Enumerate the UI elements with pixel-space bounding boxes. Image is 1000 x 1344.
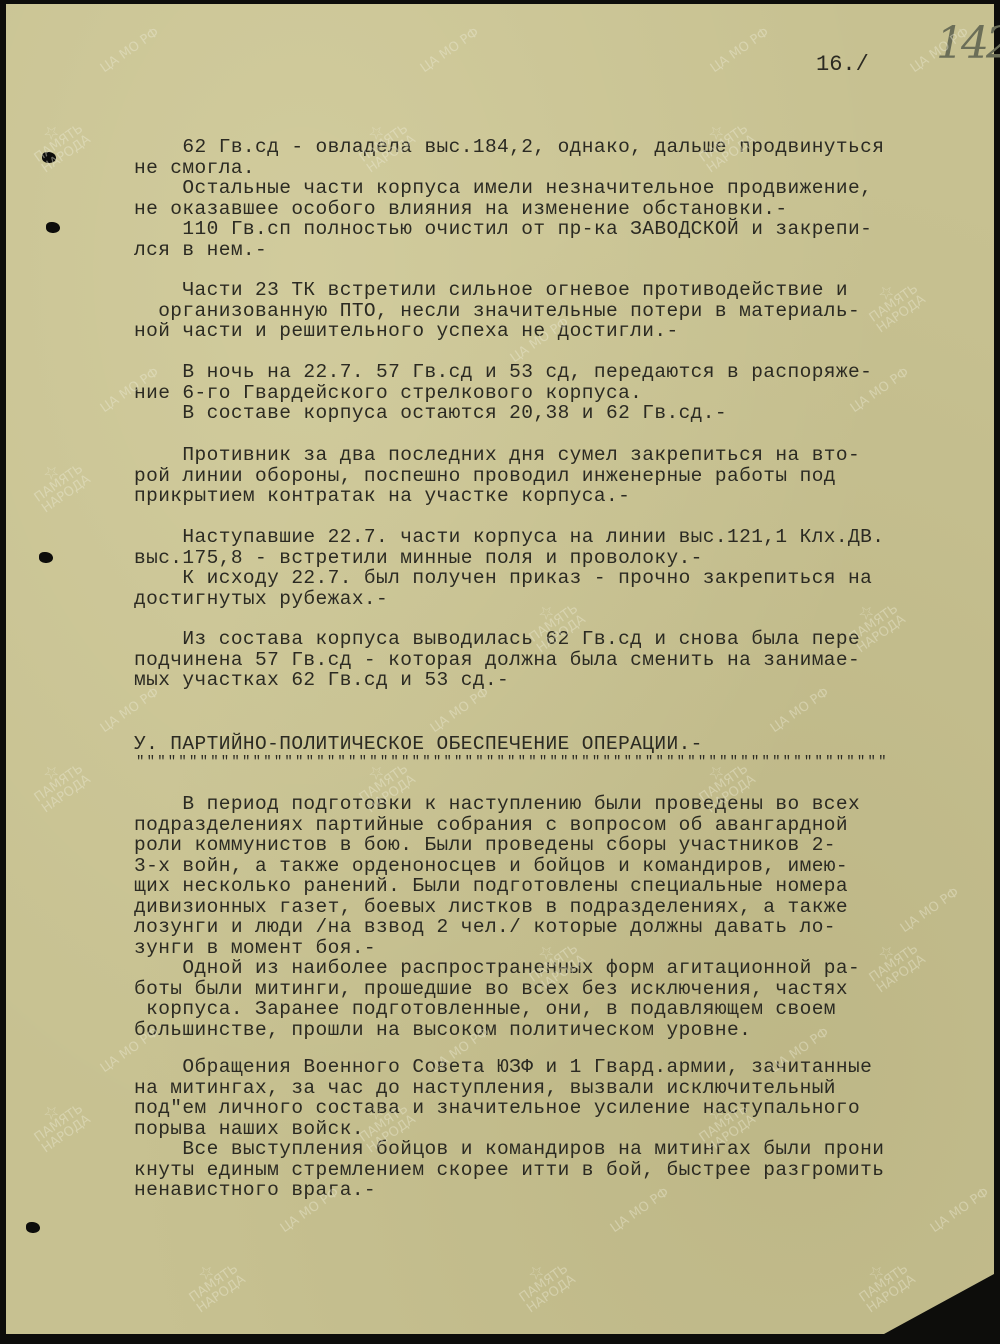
text-line: дивизионных газет, боевых листков в подр… [134, 897, 848, 918]
binding-hole [42, 152, 56, 163]
text-line: 62 Гв.сд - овладела выс.184,2, однако, д… [134, 137, 884, 158]
archive-watermark: ЦА МО РФ [418, 26, 481, 75]
watermark-line: НАРОДА [195, 1273, 248, 1316]
watermark-line: ПАМЯТЬ [867, 282, 920, 325]
text-line: подчинена 57 Гв.сд - которая должна была… [134, 650, 860, 671]
text-line: боты были митинги, прошедшие во всех без… [134, 979, 848, 1000]
star-icon: ☆ [180, 1252, 233, 1295]
text-line: на митингах, за час до наступления, вызв… [134, 1078, 836, 1099]
archive-watermark: ЦА МО РФ [928, 1186, 991, 1235]
text-line: ние 6-го Гвардейского стрелкового корпус… [134, 383, 642, 404]
text-line: В период подготовки к наступлению были п… [134, 794, 860, 815]
page-number: 16./ [816, 52, 869, 77]
text-line: достигнутых рубежах.- [134, 589, 388, 610]
archive-watermark: ЦА МО РФ [98, 686, 161, 735]
watermark-line: ПАМЯТЬ [32, 122, 85, 165]
archive-sheet-number: 142 [936, 18, 1000, 69]
text-line: Одной из наиболее распространенных форм … [134, 958, 860, 979]
archive-watermark: ЦА МО РФ [98, 26, 161, 75]
watermark-line: ПАМЯТЬ [32, 1102, 85, 1145]
text-line: порыва наших войск. [134, 1119, 364, 1140]
star-icon: ☆ [860, 932, 913, 975]
text-line: ной части и решительного успеха не дости… [134, 321, 679, 342]
star-icon: ☆ [25, 1092, 78, 1135]
watermark-line: ПАМЯТЬ [32, 462, 85, 505]
text-line: зунги в момент боя.- [134, 938, 376, 959]
text-line: роли коммунистов в бою. Были проведены с… [134, 835, 836, 856]
archive-watermark: ЦА МО РФ [898, 886, 961, 935]
text-line: Противник за два последних дня сумел зак… [134, 445, 860, 466]
text-line: 3-х войн, а также орденоносцев и бойцов … [134, 856, 848, 877]
text-line: Наступавшие 22.7. части корпуса на линии… [134, 527, 884, 548]
project-watermark: ☆ПАМЯТЬНАРОДА [860, 272, 928, 336]
watermark-line: ПАМЯТЬ [32, 762, 85, 805]
text-line: Обращения Военного Совета ЮЗФ и 1 Гвард.… [134, 1057, 872, 1078]
section-heading: У. ПАРТИЙНО-ПОЛИТИЧЕСКОЕ ОБЕСПЕЧЕНИЕ ОПЕ… [134, 734, 703, 755]
watermark-line: ПАМЯТЬ [187, 1262, 240, 1305]
archive-watermark: ЦА МО РФ [768, 686, 831, 735]
text-line: К исходу 22.7. был получен приказ - проч… [134, 568, 872, 589]
star-icon: ☆ [860, 272, 913, 315]
text-line: рой линии обороны, поспешно проводил инж… [134, 466, 836, 487]
star-icon: ☆ [25, 752, 78, 795]
text-line: прикрытием контратак на участке корпуса.… [134, 486, 630, 507]
star-icon: ☆ [25, 112, 78, 155]
text-line: 110 Гв.сп полностью очистил от пр-ка ЗАВ… [134, 219, 872, 240]
text-line: лся в нем.- [134, 240, 267, 261]
binding-hole [26, 1222, 40, 1233]
star-icon: ☆ [25, 452, 78, 495]
text-line: корпуса. Заранее подготовленные, они, в … [134, 999, 836, 1020]
text-line: большинстве, прошли на высоком политичес… [134, 1020, 751, 1041]
text-line: не оказавшее особого влияния на изменени… [134, 199, 788, 220]
watermark-line: НАРОДА [855, 613, 908, 656]
project-watermark: ☆ПАМЯТЬНАРОДА [860, 932, 928, 996]
project-watermark: ☆ПАМЯТЬНАРОДА [25, 1092, 93, 1156]
binding-hole [39, 552, 53, 563]
section-heading-underline: """"""""""""""""""""""""""""""""""""""""… [136, 754, 889, 770]
watermark-line: ПАМЯТЬ [517, 1262, 570, 1305]
project-watermark: ☆ПАМЯТЬНАРОДА [25, 752, 93, 816]
project-watermark: ☆ПАМЯТЬНАРОДА [510, 1252, 578, 1316]
watermark-line: НАРОДА [875, 293, 928, 336]
project-watermark: ☆ПАМЯТЬНАРОДА [25, 452, 93, 516]
text-line: Из состава корпуса выводилась 62 Гв.сд и… [134, 629, 860, 650]
watermark-line: НАРОДА [40, 1113, 93, 1156]
archive-watermark: ЦА МО РФ [428, 686, 491, 735]
text-line: ненавистного врага.- [134, 1180, 376, 1201]
watermark-line: НАРОДА [525, 1273, 578, 1316]
text-line: В ночь на 22.7. 57 Гв.сд и 53 сд, переда… [134, 362, 872, 383]
project-watermark: ☆ПАМЯТЬНАРОДА [25, 112, 93, 176]
text-line: не смогла. [134, 158, 255, 179]
text-line: щих несколько ранений. Были подготовлены… [134, 876, 848, 897]
text-line: подразделениях партийные собрания с вопр… [134, 815, 848, 836]
text-line: Все выступления бойцов и командиров на м… [134, 1139, 884, 1160]
text-line: Остальные части корпуса имели незначител… [134, 178, 872, 199]
text-line: выс.175,8 - встретили минные поля и пров… [134, 548, 703, 569]
folded-corner [884, 1274, 994, 1334]
project-watermark: ☆ПАМЯТЬНАРОДА [180, 1252, 248, 1316]
watermark-line: ПАМЯТЬ [867, 942, 920, 985]
text-line: кнуты единым стремлением скорее итти в б… [134, 1160, 884, 1181]
text-line: лозунги и люди /на взвод 2 чел./ которые… [134, 917, 836, 938]
text-line: В составе корпуса остаются 20,38 и 62 Гв… [134, 403, 727, 424]
text-line: Части 23 ТК встретили сильное огневое пр… [134, 280, 848, 301]
watermark-line: НАРОДА [40, 473, 93, 516]
star-icon: ☆ [510, 1252, 563, 1295]
document-page: 142 16./ 62 Гв.сд - овладела выс.184,2, … [6, 4, 994, 1334]
text-line: мых участках 62 Гв.сд и 53 сд.- [134, 670, 509, 691]
watermark-line: НАРОДА [875, 953, 928, 996]
watermark-line: НАРОДА [40, 773, 93, 816]
text-line: организованную ПТО, несли значительные п… [134, 301, 860, 322]
text-line: под"ем личного состава и значительное ус… [134, 1098, 860, 1119]
binding-hole [46, 222, 60, 233]
archive-watermark: ЦА МО РФ [708, 26, 771, 75]
archive-watermark: ЦА МО РФ [608, 1186, 671, 1235]
